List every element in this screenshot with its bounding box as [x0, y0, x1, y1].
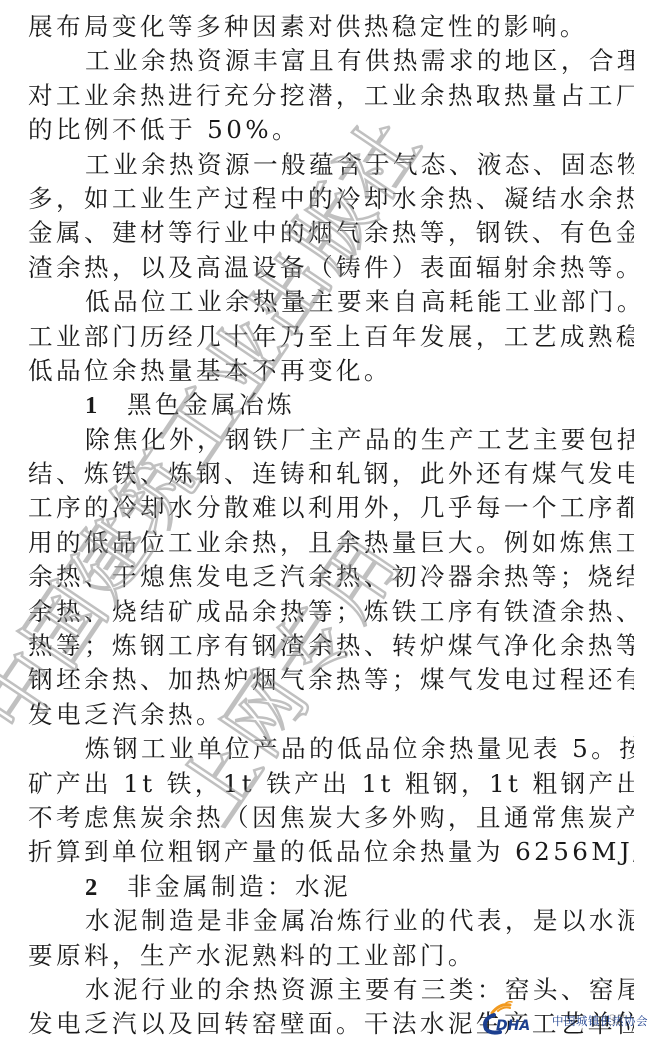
footer-logo: DHA 中国城镇供热协会	[478, 998, 658, 1038]
text-line: 渣余热，以及高温设备（铸件）表面辐射余热等。	[28, 251, 634, 285]
text-line: 低品位工业余热量主要来自高耗能工业部门。大部分高耗能	[28, 285, 634, 319]
cdha-logo-icon: DHA	[478, 1001, 550, 1035]
text-line: 展布局变化等多种因素对供热稳定性的影响。	[28, 10, 634, 44]
text-line: 要原料，生产水泥熟料的工业部门。	[28, 939, 634, 973]
text-line: 用的低品位工业余热，且余热量巨大。例如炼焦工序有焦炭成品	[28, 526, 634, 560]
page-number: 37	[608, 1012, 624, 1030]
section-title: 非金属制造：水泥	[127, 872, 351, 901]
section-heading-2: 2非金属制造：水泥	[28, 870, 634, 904]
text-line: 余热、干熄焦发电乏汽余热、初冷器余热等；烧结工序有主排烟	[28, 560, 634, 594]
text-line: 除焦化外，钢铁厂主产品的生产工艺主要包括五道工序：烧	[28, 423, 634, 457]
text-line: 工业余热资源一般蕴含于气态、液态、固态物质中，种类繁	[28, 148, 634, 182]
text-line: 的比例不低于 50%。	[28, 113, 634, 147]
text-line: 工序的冷却水分散难以利用外，几乎每一个工序都有较为集中可	[28, 491, 634, 525]
text-line: 折算到单位粗钢产量的低品位余热量为 6256MJ/t 粗钢。	[28, 835, 634, 869]
section-heading-1: 1黑色金属冶炼	[28, 388, 634, 422]
svg-text:DHA: DHA	[496, 1018, 530, 1034]
text-line: 工业余热资源丰富且有供热需求的地区，合理选用取热技术	[28, 44, 634, 78]
logo-org-name: 中国城镇供热协会	[552, 1013, 648, 1029]
text-line: 对工业余热进行充分挖潜，工业余热取热量占工厂余热资源总量	[28, 79, 634, 113]
text-line: 工业部门历经几十年乃至上百年发展，工艺成熟稳定，单位产品	[28, 320, 634, 354]
text-line: 热等；炼钢工序有钢渣余热、转炉煤气净化余热等；轧钢工序有	[28, 629, 634, 663]
text-line: 结、炼铁、炼钢、连铸和轧钢，此外还有煤气发电环节。除连铸	[28, 457, 634, 491]
section-number: 2	[85, 871, 127, 904]
text-line: 金属、建材等行业中的烟气余热等，钢铁、有色金属等行业的排	[28, 216, 634, 250]
text-line: 多，如工业生产过程中的冷却水余热、凝结水余热，钢铁、有色	[28, 182, 634, 216]
text-line: 钢坯余热、加热炉烟气余热等；煤气发电过程还有大量的烟气和	[28, 663, 634, 697]
document-page: 展布局变化等多种因素对供热稳定性的影响。 工业余热资源丰富且有供热需求的地区，合…	[28, 10, 634, 1042]
text-line: 炼钢工业单位产品的低品位余热量见表 5。按照 1.132t 烧结	[28, 732, 634, 766]
text-line: 不考虑焦炭余热（因焦炭大多外购，且通常焦炭产量单独统计），	[28, 801, 634, 835]
text-line: 余热、烧结矿成品余热等；炼铁工序有铁渣余热、炉壁循环水余	[28, 595, 634, 629]
section-title: 黑色金属冶炼	[127, 390, 295, 419]
text-line: 低品位余热量基本不再变化。	[28, 354, 634, 388]
text-line: 发电乏汽余热。	[28, 698, 634, 732]
text-line: 水泥制造是非金属冶炼行业的代表，是以水泥生料、煤为主	[28, 904, 634, 938]
section-number: 1	[85, 389, 127, 422]
text-line: 矿产出 1t 铁，1t 铁产出 1t 粗钢，1t 粗钢产出 0.9t 钢材，并且	[28, 767, 634, 801]
